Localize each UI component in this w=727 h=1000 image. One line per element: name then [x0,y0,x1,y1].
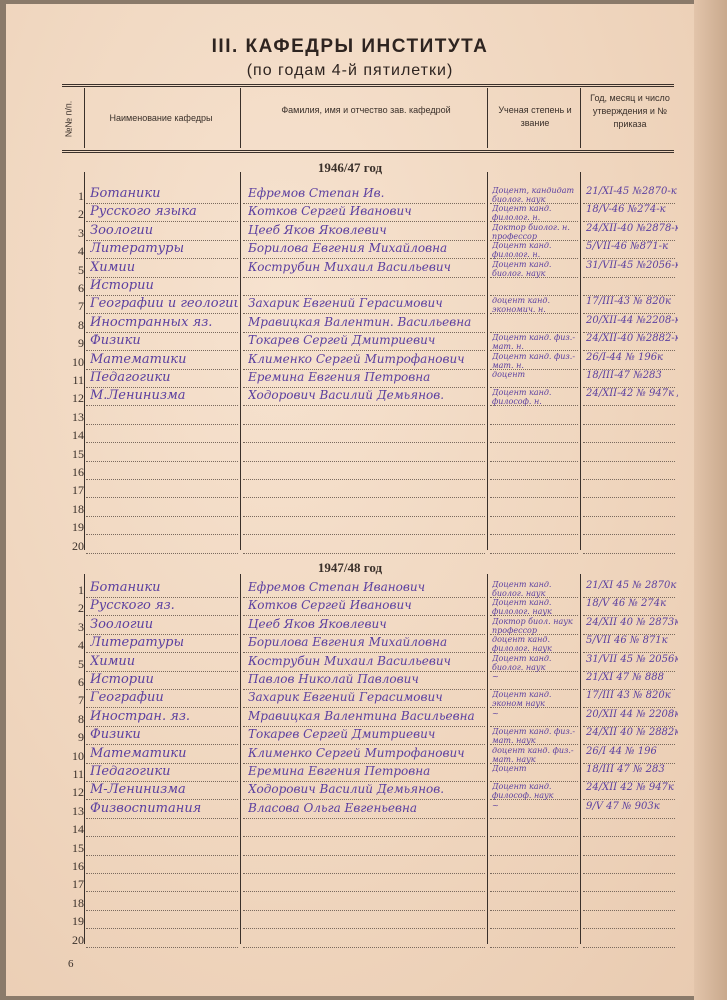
table-row: 1БотаникиЕфремов Степан Ив.Доцент, канди… [6,186,694,204]
approval-order: 24/XII 42 № 947к [586,782,678,793]
approval-order: 26/I 44 № 196 [586,746,678,757]
approval-order: 21/XI 45 № 2870к [586,580,678,591]
department-head: Павлов Николай Павлович [248,672,488,686]
table-row: 14 [6,425,694,443]
academic-degree: Доцент канд. физ.-мат. н. [492,333,580,351]
department-head: Цееб Яков Яковлевич [248,223,488,237]
row-number: 8 [62,712,84,727]
table-row: 17 [6,480,694,498]
row-number: 11 [62,373,84,388]
table-row: 5ХимииКострубин Михаил ВасильевичДоцент … [6,654,694,672]
approval-order: 31/VII 45 № 2056к [586,654,678,665]
row-number: 16 [62,465,84,480]
table-row: 3ЗоологииЦееб Яков ЯковлевичДоктор биол.… [6,617,694,635]
row-number: 9 [62,730,84,745]
header-number: №№ п/п. [63,101,73,138]
approval-order: 18/V-46 №274-к [586,204,678,215]
table-row: 7Географии и геологииЗахарик Евгений Гер… [6,296,694,314]
approval-order: 18/V 46 № 274к [586,598,678,609]
department-head: Борилова Евгения Михайловна [248,635,488,649]
academic-degree: Доцент канд. эконом наук [492,690,580,708]
department-name: Зоологии [90,617,238,632]
academic-degree: Доцент, кандидат биолог. наук [492,186,580,204]
row-number: 19 [62,520,84,535]
department-name: Химии [90,654,238,669]
row-number: 6 [62,281,84,296]
row-number: 19 [62,914,84,929]
table-row: 17 [6,874,694,892]
header-degree: Ученая степень и звание [490,104,580,130]
department-name: Литературы [90,635,238,650]
department-name: Русского языка [90,204,238,219]
table-row: 20 [6,930,694,948]
academic-degree: Доцент канд. филолог. наук [492,598,580,616]
next-page-edge [694,0,727,1000]
department-name: Истории [90,672,238,687]
row-number: 17 [62,483,84,498]
row-number: 7 [62,299,84,314]
department-name: Географии [90,690,238,705]
approval-order: 31/VII-45 №2056-к [586,260,678,271]
row-number: 10 [62,355,84,370]
dotted-line [583,553,675,554]
department-name: Физвоспитания [90,801,238,816]
department-name: Русского яз. [90,598,238,613]
department-name: Педагогики [90,764,238,779]
table-row: 8Иностран. яз.Мравицкая Валентина Василь… [6,709,694,727]
approval-order: 20/XII 44 № 2208к [586,709,678,720]
table-row: 20 [6,536,694,554]
table-row: 7ГеографииЗахарик Евгений ГерасимовичДоц… [6,690,694,708]
department-head: Еремина Евгения Петровна [248,370,488,384]
row-number: 9 [62,336,84,351]
row-number: 15 [62,841,84,856]
department-name: Иностранных яз. [90,315,238,330]
approval-order: 21/XI-45 №2870-к [586,186,678,197]
row-number: 6 [62,675,84,690]
approval-order: 24/XII-40 №2878-к [586,223,678,234]
row-number: 13 [62,410,84,425]
col-divider [240,88,241,148]
section-year: 1946/47 год [6,160,694,176]
academic-degree: Доцент канд. биолог. наук [492,580,580,598]
table-row: 12М-ЛенинизмаХодорович Василий Демьянов.… [6,782,694,800]
academic-degree: Доцент [492,764,580,773]
department-head: Борилова Евгения Михайловна [248,241,488,255]
row-number: 4 [62,638,84,653]
department-head: Еремина Евгения Петровна [248,764,488,778]
table-row: 1БотаникиЕфремов Степан ИвановичДоцент к… [6,580,694,598]
department-head: Цееб Яков Яковлевич [248,617,488,631]
dotted-line [86,947,238,948]
approval-order: 24/XII 40 № 2873к [586,617,678,628]
row-number: 12 [62,391,84,406]
academic-degree: Доцент канд. биолог. наук [492,260,580,278]
department-name: Физики [90,333,238,348]
department-head: Клименко Сергей Митрофанович [248,352,488,366]
row-number: 20 [62,539,84,554]
department-name: Ботаники [90,186,238,201]
department-name: Зоологии [90,223,238,238]
academic-degree: Доцент канд. филолог. н. [492,241,580,259]
row-number: 16 [62,859,84,874]
row-number: 1 [62,189,84,204]
department-head: Токарев Сергей Дмитриевич [248,727,488,741]
approval-order: 17/III 43 № 820к [586,690,678,701]
table-row: 18 [6,499,694,517]
department-name: Иностран. яз. [90,709,238,724]
department-head: Кострубин Михаил Васильевич [248,654,488,668]
department-head: Мравицкая Валентина Васильевна [248,709,488,723]
department-name: Ботаники [90,580,238,595]
department-name: Географии и геологии [90,296,238,311]
row-number: 13 [62,804,84,819]
col-divider [487,88,488,148]
academic-degree: Доцент канд. биолог. наук [492,654,580,672]
dotted-line [243,947,485,948]
row-number: 5 [62,263,84,278]
approval-order: 24/XII 40 № 2882к [586,727,678,738]
row-number: 4 [62,244,84,259]
academic-degree: Доцент канд. философ. наук [492,782,580,800]
department-head: Ефремов Степан Иванович [248,580,488,594]
header-department: Наименование кафедры [86,112,236,125]
table-row: 10МатематикиКлименко Сергей Митрофанович… [6,746,694,764]
department-head: Власова Ольга Евгеньевна [248,801,488,815]
academic-degree: Доцент канд. филолог. н. [492,204,580,222]
approval-order: 5/VII 46 № 871к [586,635,678,646]
page-number: 6 [68,958,74,970]
row-number: 18 [62,502,84,517]
department-name: Химии [90,260,238,275]
dotted-line [86,553,238,554]
row-number: 5 [62,657,84,672]
dotted-line [583,947,675,948]
header-order: Год, месяц и число утверждения и № прика… [584,92,676,131]
table-row: 3ЗоологииЦееб Яков ЯковлевичДоктор биоло… [6,223,694,241]
approval-order: 20/XII-44 №2208-к [586,315,678,326]
academic-degree: Доцент канд. физ.-мат. н. [492,352,580,370]
academic-degree: Доцент канд. философ. н. [492,388,580,406]
table-row: 19 [6,517,694,535]
academic-degree: ~ [492,672,580,681]
approval-order: 5/VII-46 №871-к [586,241,678,252]
table-row: 4ЛитературыБорилова Евгения МихайловнаДо… [6,241,694,259]
table-row: 15 [6,838,694,856]
table-row: 11ПедагогикиЕремина Евгения Петровнадоце… [6,370,694,388]
page-title: III. КАФЕДРЫ ИНСТИТУТА [6,36,694,58]
approval-order: 9/V 47 № 903к [586,801,678,812]
table-row: 10МатематикиКлименко Сергей Митрофанович… [6,352,694,370]
department-head: Котков Сергей Иванович [248,598,488,612]
table-row: 15 [6,444,694,462]
page-subtitle: (по годам 4-й пятилетки) [6,62,694,80]
section-year: 1947/48 год [6,560,694,576]
row-number: 1 [62,583,84,598]
table-row: 16 [6,462,694,480]
approval-order: 24/XII-42 № 947к / 9/V-47 № 903к [586,388,678,399]
approval-order: 24/XII-40 №2882-к [586,333,678,344]
department-head: Клименко Сергей Митрофанович [248,746,488,760]
department-head: Мравицкая Валентин. Васильевна [248,315,488,329]
table-row: 2Русского языкаКотков Сергей ИвановичДоц… [6,204,694,222]
department-name: Педагогики [90,370,238,385]
table-row: 16 [6,856,694,874]
table-row: 11ПедагогикиЕремина Евгения ПетровнаДоце… [6,764,694,782]
department-name: Литературы [90,241,238,256]
row-number: 20 [62,933,84,948]
academic-degree: Доктор биол. наук профессор [492,617,580,635]
table-row: 12М.ЛенинизмаХодорович Василий Демьянов.… [6,388,694,406]
academic-degree: ~ [492,801,580,810]
table-row: 14 [6,819,694,837]
table-row: 9ФизикиТокарев Сергей ДмитриевичДоцент к… [6,727,694,745]
department-head: Кострубин Михаил Васильевич [248,260,488,274]
department-head: Захарик Евгений Герасимович [248,296,488,310]
table-row: 13 [6,407,694,425]
document-page: III. КАФЕДРЫ ИНСТИТУТА (по годам 4-й пят… [6,4,694,996]
academic-degree: ~ [492,709,580,718]
table-row: 18 [6,893,694,911]
table-row: 2Русского яз.Котков Сергей ИвановичДоцен… [6,598,694,616]
table-row: 5ХимииКострубин Михаил ВасильевичДоцент … [6,260,694,278]
academic-degree: доцент канд. экономич. н. [492,296,580,314]
academic-degree: доцент канд. физ.-мат. наук [492,746,580,764]
department-name: М.Ленинизма [90,388,238,403]
row-number: 12 [62,785,84,800]
row-number: 2 [62,207,84,222]
dotted-line [490,553,578,554]
row-number: 7 [62,693,84,708]
table-row: 9ФизикиТокарев Сергей ДмитриевичДоцент к… [6,333,694,351]
department-head: Захарик Евгений Герасимович [248,690,488,704]
table-row: 6Истории [6,278,694,296]
approval-order: 18/III 47 № 283 [586,764,678,775]
department-name: М-Ленинизма [90,782,238,797]
header-bottom-rule [62,150,674,153]
row-number: 14 [62,428,84,443]
col-divider [580,88,581,148]
table-row: 6ИсторииПавлов Николай Павлович~21/XI 47… [6,672,694,690]
department-head: Ефремов Степан Ив. [248,186,488,200]
department-head: Ходорович Василий Демьянов. [248,388,488,402]
department-head: Ходорович Василий Демьянов. [248,782,488,796]
approval-order: 21/XI 47 № 888 [586,672,678,683]
approval-order: 18/III-47 №283 [586,370,678,381]
department-head: Котков Сергей Иванович [248,204,488,218]
row-number: 11 [62,767,84,782]
department-name: Математики [90,352,238,367]
row-number: 18 [62,896,84,911]
col-divider [84,88,85,148]
approval-order: 26/I-44 № 196к [586,352,678,363]
academic-degree: Доцент канд. физ.-мат. наук [492,727,580,745]
department-head: Токарев Сергей Дмитриевич [248,333,488,347]
row-number: 14 [62,822,84,837]
table-row: 13ФизвоспитанияВласова Ольга Евгеньевна~… [6,801,694,819]
academic-degree: Доктор биолог. н. профессор [492,223,580,241]
table-row: 4ЛитературыБорилова Евгения Михайловнадо… [6,635,694,653]
row-number: 8 [62,318,84,333]
department-name: Истории [90,278,238,293]
academic-degree: доцент [492,370,580,379]
row-number: 17 [62,877,84,892]
dotted-line [243,553,485,554]
department-name: Физики [90,727,238,742]
header-top-rule [62,84,674,87]
department-name: Математики [90,746,238,761]
row-number: 3 [62,620,84,635]
row-number: 10 [62,749,84,764]
dotted-line [490,947,578,948]
row-number: 15 [62,447,84,462]
table-row: 19 [6,911,694,929]
row-number: 2 [62,601,84,616]
academic-degree: доцент канд. филолог. наук [492,635,580,653]
row-number: 3 [62,226,84,241]
table-row: 8Иностранных яз.Мравицкая Валентин. Васи… [6,315,694,333]
header-head: Фамилия, имя и отчество зав. кафедрой [246,104,486,117]
approval-order: 17/III-43 № 820к [586,296,678,307]
